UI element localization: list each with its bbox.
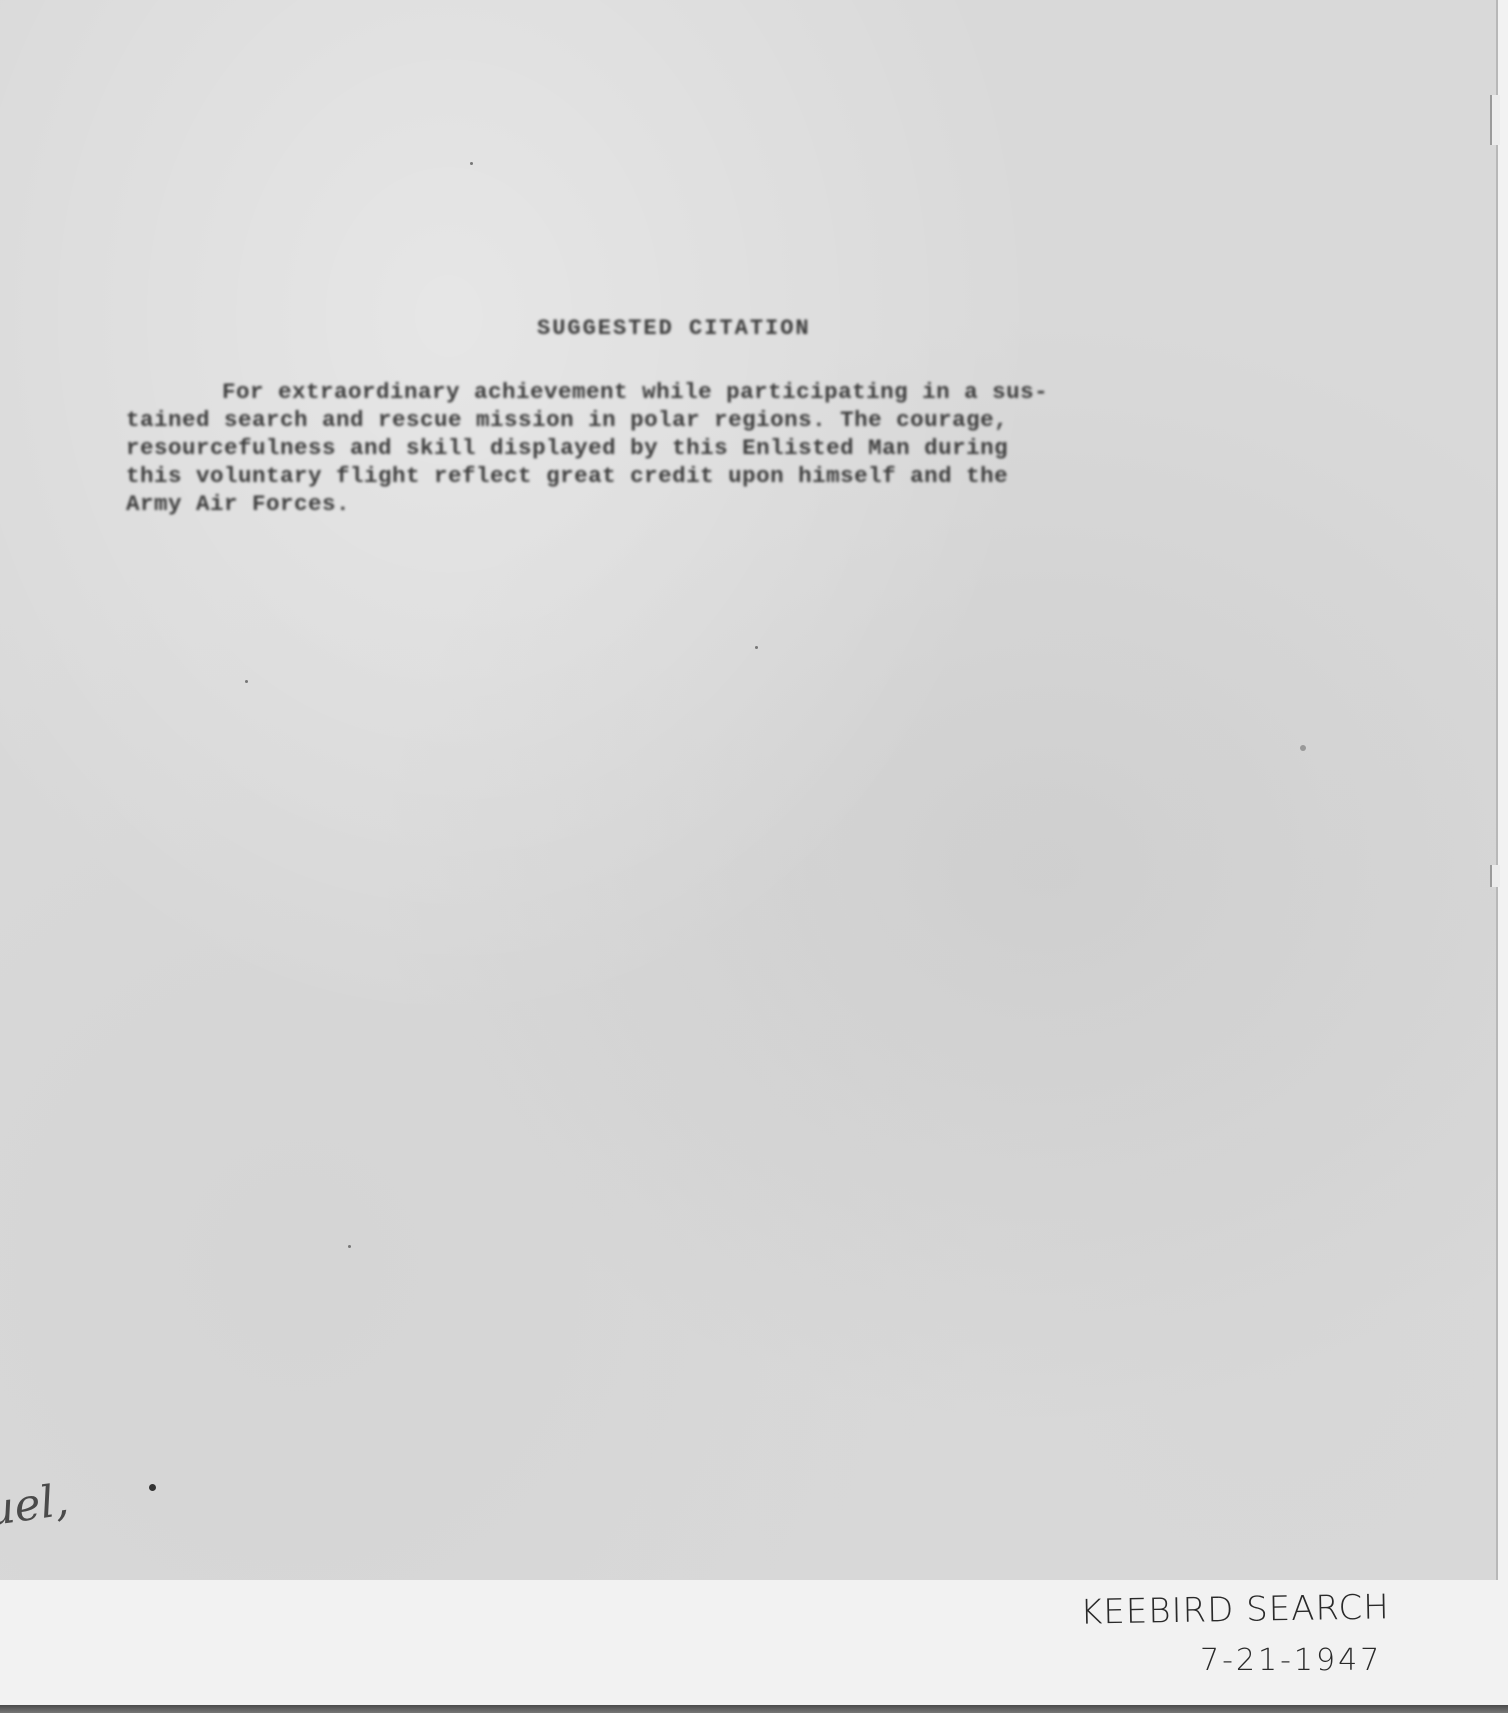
citation-line: resourcefulness and skill displayed by t… bbox=[126, 434, 1190, 462]
page-edge-tear bbox=[1490, 865, 1500, 887]
citation-line: For extraordinary achievement while part… bbox=[126, 378, 1190, 406]
citation-line: tained search and rescue mission in pola… bbox=[126, 406, 1190, 434]
scanned-page: SUGGESTED CITATION For extraordinary ach… bbox=[0, 0, 1498, 1580]
ink-dot bbox=[149, 1484, 156, 1491]
page-edge-tear bbox=[1490, 95, 1500, 145]
paper-speck bbox=[348, 1245, 351, 1248]
paper-speck bbox=[470, 162, 473, 165]
citation-paragraph: For extraordinary achievement while part… bbox=[126, 378, 1190, 518]
paper-speck bbox=[755, 646, 758, 649]
handwritten-label: KEEBIRD SEARCH bbox=[1080, 1587, 1390, 1632]
paper-speck bbox=[1300, 745, 1306, 751]
citation-line: this voluntary flight reflect great cred… bbox=[126, 462, 1190, 490]
document-title: SUGGESTED CITATION bbox=[537, 316, 811, 341]
scanner-edge bbox=[0, 1705, 1508, 1713]
citation-line: Army Air Forces. bbox=[126, 490, 1190, 518]
handwritten-fragment: uel, bbox=[0, 1475, 72, 1537]
paper-speck bbox=[245, 680, 248, 683]
handwritten-date: 7-21-1947 bbox=[1200, 1643, 1382, 1678]
